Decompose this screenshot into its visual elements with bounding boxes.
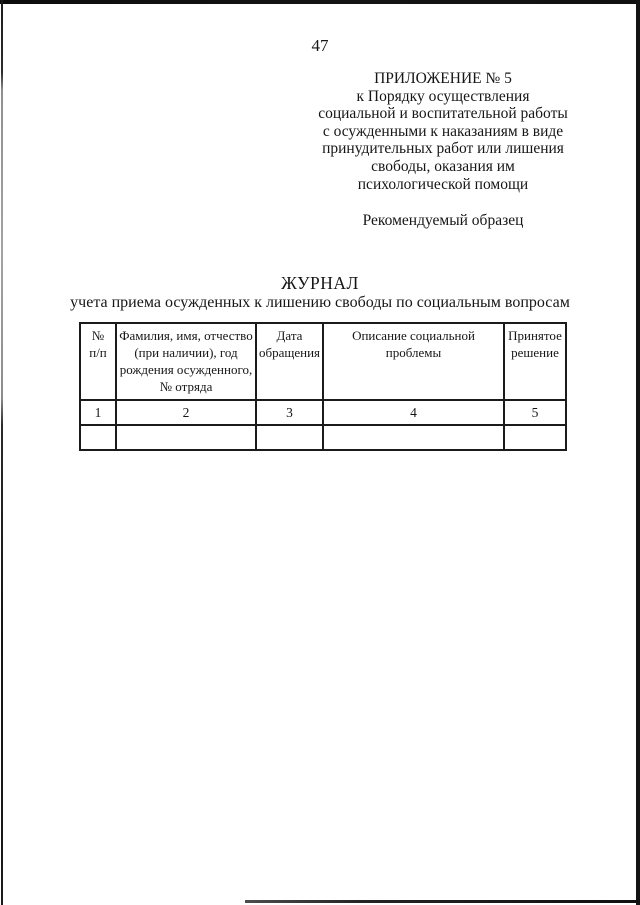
- header-line: № отряда: [117, 378, 255, 395]
- appendix-line: ПРИЛОЖЕНИЕ № 5: [318, 70, 568, 88]
- header-line: проблемы: [324, 344, 503, 361]
- column-number-cell: 4: [323, 400, 504, 425]
- appendix-line: свободы, оказания им: [318, 158, 568, 176]
- col-header-problem: Описание социальной проблемы: [323, 323, 504, 400]
- empty-cell: [80, 425, 116, 450]
- journal-table: № п/п Фамилия, имя, отчество (при наличи…: [79, 322, 567, 451]
- recommended-sample-note: Рекомендуемый образец: [318, 212, 568, 230]
- scanned-document-page: 47 ПРИЛОЖЕНИЕ № 5 к Порядку осуществлени…: [0, 0, 640, 905]
- header-line: обращения: [257, 344, 322, 361]
- table-empty-row: [80, 425, 566, 450]
- journal-subtitle: учета приема осужденных к лишению свобод…: [0, 294, 640, 312]
- col-header-npp: № п/п: [80, 323, 116, 400]
- empty-cell: [256, 425, 323, 450]
- scan-border-right: [636, 0, 640, 905]
- column-number-cell: 2: [116, 400, 256, 425]
- appendix-line: принудительных работ или лишения: [318, 140, 568, 158]
- header-line: п/п: [81, 344, 115, 361]
- col-header-date: Дата обращения: [256, 323, 323, 400]
- empty-cell: [116, 425, 256, 450]
- header-line: (при наличии), год: [117, 344, 255, 361]
- header-line: решение: [505, 344, 565, 361]
- page-number: 47: [0, 36, 640, 56]
- table-numbering-row: 1 2 3 4 5: [80, 400, 566, 425]
- header-line: Принятое: [505, 327, 565, 344]
- header-line: Описание социальной: [324, 327, 503, 344]
- col-header-decision: Принятое решение: [504, 323, 566, 400]
- col-header-name: Фамилия, имя, отчество (при наличии), го…: [116, 323, 256, 400]
- table-header-row: № п/п Фамилия, имя, отчество (при наличи…: [80, 323, 566, 400]
- header-line: рождения осужденного,: [117, 361, 255, 378]
- header-line: Дата: [257, 327, 322, 344]
- header-line: №: [81, 327, 115, 344]
- header-line: Фамилия, имя, отчество: [117, 327, 255, 344]
- scan-border-bottom: [245, 900, 640, 903]
- scan-border-left: [1, 0, 3, 905]
- appendix-line: социальной и воспитательной работы: [318, 105, 568, 123]
- column-number-cell: 1: [80, 400, 116, 425]
- scan-border-top: [0, 0, 640, 4]
- empty-cell: [323, 425, 504, 450]
- appendix-line: с осужденными к наказаниям в виде: [318, 123, 568, 141]
- empty-cell: [504, 425, 566, 450]
- column-number-cell: 5: [504, 400, 566, 425]
- journal-title: ЖУРНАЛ: [0, 273, 640, 294]
- appendix-line: психологической помощи: [318, 176, 568, 194]
- column-number-cell: 3: [256, 400, 323, 425]
- appendix-line: к Порядку осуществления: [318, 88, 568, 106]
- appendix-header-block: ПРИЛОЖЕНИЕ № 5 к Порядку осуществления с…: [318, 70, 568, 193]
